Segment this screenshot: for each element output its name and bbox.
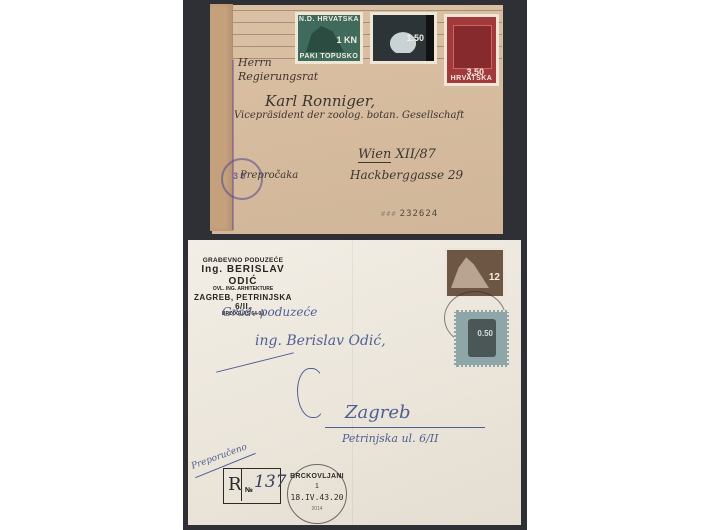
stamp-value-text: 12 [489,272,500,283]
district-text: XII/87 [396,147,436,162]
stamp-overprint-bar [426,15,434,61]
registration-label: R № 137 [223,468,281,504]
stamp-country-text: N.D. HRVATSKA [298,16,360,23]
pencil-g-mark [297,368,325,418]
stamp-green-1kn: N.D. HRVATSKA 1 KN PAKI TOPUSKO [295,12,363,64]
letterhead-company: GRAĐEVNO PODUZEĆE [188,257,298,264]
recipient-city: Wien XII/87 [358,147,436,162]
envelope-fold-line [352,240,353,525]
recipient-line-2: ing. Berislav Odić, [255,333,386,349]
censor-serial: ###232624 [381,209,438,219]
postmark-code: 2014 [288,506,346,512]
registration-no-label: № [245,487,253,494]
stamp-value-text: 1.50 [406,33,424,43]
stamp-country-text: HRVATSKA [447,75,496,82]
postmark-brckovljani: BRCKOVLJANI 1 18.IV.43.20 2014 [287,464,347,524]
censor-note: Prepročaka [240,170,298,181]
censor-mark-line [232,60,234,230]
stamp-postage-due-050: 0.50 [454,310,509,367]
letterhead-name: Ing. BERISLAV ODIĆ [188,264,298,287]
salutation-text: Herrn [238,56,272,69]
stamp-numeral-frame [468,319,496,357]
rank-text: Regierungsrat [238,70,318,83]
city-text: Wien [358,147,391,163]
serial-prefix: ### [381,210,397,218]
recipient-line-1: Grad. poduzeće [222,305,317,319]
registration-number-box: № 137 [241,469,280,501]
registration-number: 137 [254,472,286,492]
serial-number: 232624 [400,209,439,219]
stamp-value-text: 1 KN [336,35,357,45]
censor-tape-strip [210,4,233,231]
stamp-portrait-image [453,25,492,69]
stamp-mountain-image [451,254,489,288]
registration-letter: R [228,474,242,495]
postmark-office: 1 [288,483,346,490]
recipient-city: Zagreb [345,402,411,423]
stamp-dark-150: 1.50 [370,12,437,64]
postmark-date: 18.IV.43.20 [288,493,346,502]
recipient-street: Hackberggasse 29 [350,168,463,182]
postmark-town: BRCKOVLJANI [288,473,346,480]
recipient-title: Vicepräsident der zoolog. botan. Gesells… [234,110,464,121]
stamp-red-350: 3.50 HRVATSKA [444,14,499,86]
stamp-caption-text: PAKI TOPUSKO [298,53,360,60]
recipient-name: Karl Ronniger, [265,92,375,110]
stamp-value-text: 0.50 [477,329,493,338]
city-underline [325,427,485,428]
recipient-street: Petrinjska ul. 6/II [342,432,438,445]
